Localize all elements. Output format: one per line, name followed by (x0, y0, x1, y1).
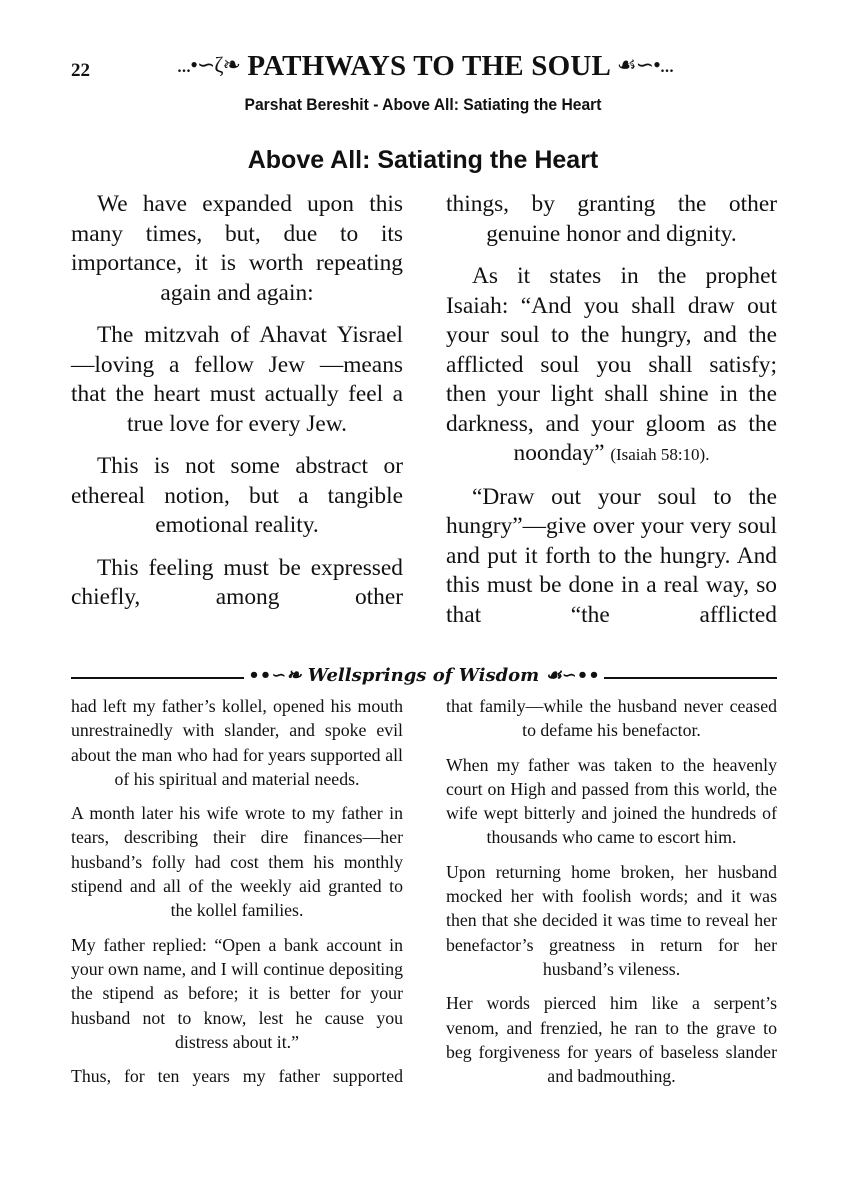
paragraph: This is not some abstract or ethereal no… (71, 452, 403, 541)
section-subtitle: Parshat Bereshit - Above All: Satiating … (34, 95, 812, 115)
paragraph-with-citation: As it states in the prophet Isaiah: “And… (446, 262, 777, 470)
paragraph: The mitzvah of Ahavat Yisrael—loving a f… (71, 321, 403, 439)
paragraph: had left my father’s kollel, opened his … (71, 694, 403, 791)
flourish-right-icon: ☙∽•• (546, 665, 600, 686)
paragraph: A month later his wife wrote to my fathe… (71, 801, 403, 922)
quote-text: As it states in the prophet Isaiah: “And… (446, 263, 777, 466)
flourish-left-icon: ...•∽ζ❧ (177, 52, 240, 77)
flourish-right-icon: ☙∽•... (617, 52, 673, 77)
flourish-left-icon: ••∽❧ (248, 665, 301, 686)
section-divider: ••∽❧ Wellsprings of Wisdom ☙∽•• (71, 665, 777, 689)
paragraph: When my father was taken to the heavenly… (446, 753, 777, 850)
article-right-column: things, by granting the other genuine ho… (446, 190, 777, 643)
paragraph: This feeling must be expressed chiefly, … (71, 554, 403, 613)
paragraph: things, by granting the other genuine ho… (446, 190, 777, 249)
paragraph: My father replied: “Open a bank account … (71, 933, 403, 1054)
article-title: Above All: Satiating the Heart (0, 146, 846, 175)
divider-label: ••∽❧ Wellsprings of Wisdom ☙∽•• (71, 665, 777, 686)
paragraph: “Draw out your soul to the hungry”—give … (446, 483, 777, 631)
paragraph: that family—while the husband never ceas… (446, 694, 777, 743)
article-left-column: We have expanded upon this many times, b… (71, 190, 403, 626)
book-title: PATHWAYS TO THE SOUL (247, 50, 609, 82)
running-header: ...•∽ζ❧ PATHWAYS TO THE SOUL ☙∽•... (130, 50, 720, 83)
paragraph: Her words pierced him like a serpent’s v… (446, 991, 777, 1088)
divider-title: Wellsprings of Wisdom (308, 665, 540, 686)
paragraph: We have expanded upon this many times, b… (71, 190, 403, 308)
paragraph: Upon returning home broken, her husband … (446, 860, 777, 981)
page-number: 22 (71, 60, 90, 82)
paragraph: Thus, for ten years my father supported (71, 1064, 403, 1088)
wellsprings-left-column: had left my father’s kollel, opened his … (71, 694, 403, 1098)
citation: (Isaiah 58:10). (610, 445, 709, 464)
wellsprings-right-column: that family—while the husband never ceas… (446, 694, 777, 1098)
